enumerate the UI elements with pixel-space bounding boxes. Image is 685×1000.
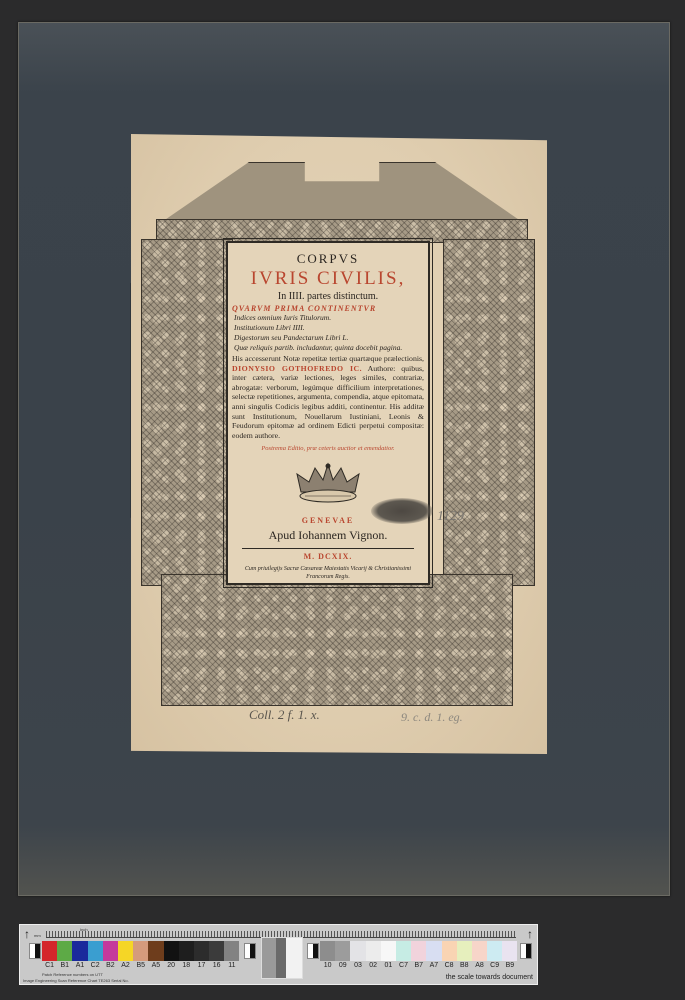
patch-label: B7 — [411, 962, 426, 969]
patch-a8 — [472, 941, 487, 961]
patch-label: C1 — [42, 962, 57, 969]
patch-a2 — [118, 941, 133, 961]
patch-label: 11 — [224, 962, 239, 969]
patch-a1 — [72, 941, 87, 961]
patch-18 — [179, 941, 194, 961]
patch-b2 — [103, 941, 118, 961]
scale-note: the scale towards document — [446, 974, 533, 981]
patch-label: C9 — [487, 962, 502, 969]
patch-b1 — [57, 941, 72, 961]
patch-11 — [224, 941, 239, 961]
patch-b9 — [502, 941, 517, 961]
privilege-statement: Cum priuilegijs Sacræ Cæsareæ Maiestatis… — [228, 565, 428, 581]
patch-label: A8 — [472, 962, 487, 969]
patch-b5 — [133, 941, 148, 961]
arrow-up-icon: ↑ — [24, 927, 30, 941]
patch-a5 — [148, 941, 163, 961]
patch-b7 — [411, 941, 426, 961]
patch-label: B5 — [133, 962, 148, 969]
patch-labels-right: 10 09 03 02 01 C7 B7 A7 C8 B8 A8 C9 B9 — [320, 962, 517, 969]
patch-label: 01 — [381, 962, 396, 969]
woodcut-right-column — [443, 239, 535, 586]
color-patches-right — [320, 941, 517, 961]
crown-printers-device-icon — [293, 462, 363, 506]
contents-heading: QVARVM PRIMA CONTINENTVR — [228, 304, 428, 313]
patch-label: B8 — [457, 962, 472, 969]
edition-note: Postrema Editio, præ ceteris auctior et … — [228, 445, 428, 452]
pencil-shelfmark: 1129 — [437, 509, 464, 525]
patch-label: 20 — [164, 962, 179, 969]
woodcut-base — [161, 574, 513, 706]
color-calibration-chart: ↑ mm Inch ↑ C1 B1 A1 C2 B2 A2 B5 A5 20 1… — [19, 924, 538, 985]
handwritten-note-right: 9. c. d. 1. eg. — [401, 710, 463, 725]
registration-target-icon — [520, 943, 532, 959]
patch-label: C7 — [396, 962, 411, 969]
contents-item: Quæ reliquis partib. includantur, quinta… — [228, 343, 428, 353]
patch-label: C2 — [88, 962, 103, 969]
patch-label: 16 — [209, 962, 224, 969]
patch-label: 02 — [366, 962, 381, 969]
body-text: His accesserunt Notæ repetitæ tertiæ qua… — [228, 354, 428, 440]
chart-maker-line: Image Engineering Scan Reference Chart T… — [23, 978, 129, 983]
ruler-unit-mm: mm — [34, 933, 41, 938]
patch-label: 18 — [179, 962, 194, 969]
patch-03 — [350, 941, 365, 961]
patch-c9 — [487, 941, 502, 961]
imprint-year: M. DCXIX. — [228, 552, 428, 561]
woodcut-pediment — [156, 162, 528, 226]
handwritten-note-left: Coll. 2 f. 1. x. — [249, 707, 320, 723]
contents-item: Digestorum seu Pandectarum Libri L. — [228, 333, 428, 343]
patch-label: C8 — [442, 962, 457, 969]
editor-name: DIONYSIO GOTHOFREDO IC. — [232, 364, 362, 373]
patch-c7 — [396, 941, 411, 961]
patch-label: 10 — [320, 962, 335, 969]
patch-label: 09 — [335, 962, 350, 969]
patch-16 — [209, 941, 224, 961]
title-line-2: IVRIS CIVILIS, — [228, 268, 428, 290]
imprint-publisher: Apud Iohannem Vignon. — [228, 528, 428, 543]
patch-09 — [335, 941, 350, 961]
patch-label: 03 — [350, 962, 365, 969]
woodcut-left-column — [141, 239, 233, 586]
subtitle: In IIII. partes distinctum. — [228, 291, 428, 302]
body-text-1: His accesserunt Notæ repetitæ tertiæ qua… — [232, 354, 424, 363]
registration-target-icon — [244, 943, 256, 959]
patch-c1 — [42, 941, 57, 961]
color-patches-left — [42, 941, 239, 961]
patch-label: B1 — [57, 962, 72, 969]
patch-c2 — [88, 941, 103, 961]
patch-label: A5 — [148, 962, 163, 969]
patch-20 — [164, 941, 179, 961]
patch-labels-left: C1 B1 A1 C2 B2 A2 B5 A5 20 18 17 16 11 — [42, 962, 239, 969]
arrow-up-icon: ↑ — [527, 927, 533, 941]
patch-reference-note: Patch Reference numbers on UTT — [42, 972, 103, 977]
patch-label: B2 — [103, 962, 118, 969]
title-page: CORPVS IVRIS CIVILIS, In IIII. partes di… — [131, 134, 547, 754]
patch-c8 — [442, 941, 457, 961]
contents-item: Indices omnium Iuris Titulorum. — [228, 313, 428, 323]
patch-17 — [194, 941, 209, 961]
title-cartouche: CORPVS IVRIS CIVILIS, In IIII. partes di… — [226, 241, 430, 585]
ink-stamp — [371, 498, 433, 524]
gray-step-wedge — [261, 937, 303, 979]
patch-10 — [320, 941, 335, 961]
registration-target-icon — [29, 943, 41, 959]
patch-label: A2 — [118, 962, 133, 969]
patch-02 — [366, 941, 381, 961]
patch-label: B9 — [502, 962, 517, 969]
body-text-2: Authore: quibus, inter cætera, variæ lec… — [232, 364, 424, 440]
patch-label: A7 — [426, 962, 441, 969]
registration-target-icon — [307, 943, 319, 959]
patch-a7 — [426, 941, 441, 961]
patch-01 — [381, 941, 396, 961]
patch-label: A1 — [72, 962, 87, 969]
contents-item: Institutionum Libri IIII. — [228, 323, 428, 333]
patch-b8 — [457, 941, 472, 961]
patch-label: 17 — [194, 962, 209, 969]
title-line-1: CORPVS — [228, 251, 428, 267]
divider — [242, 548, 414, 549]
